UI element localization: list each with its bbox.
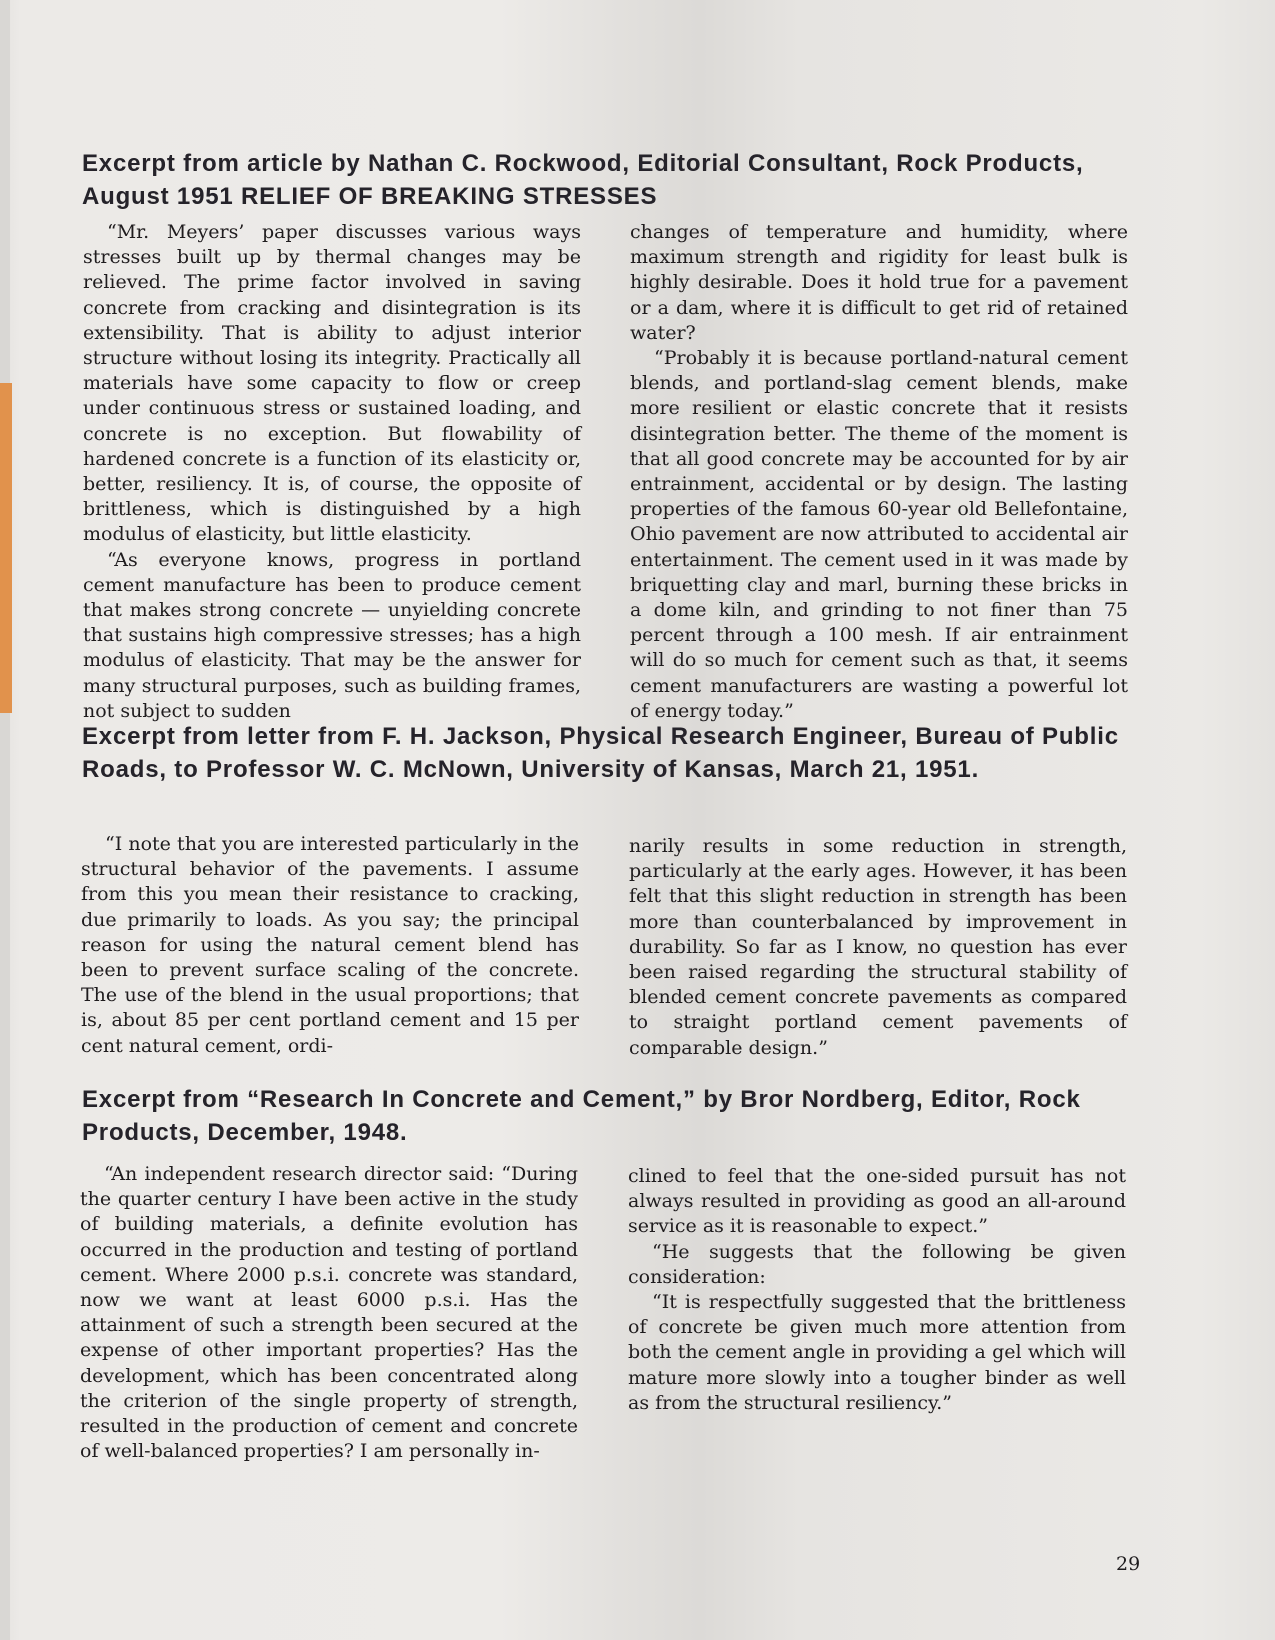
section-1-right-column: changes of temperature and humidity, whe… <box>630 220 1128 724</box>
section-heading-jackson: Excerpt from letter from F. H. Jackson, … <box>82 720 1132 786</box>
paragraph: “As everyone knows, progress in portland… <box>83 548 581 724</box>
paragraph: “Probably it is because portland-natural… <box>630 346 1128 724</box>
paragraph: narily results in some reduction in stre… <box>629 834 1127 1061</box>
page-edge <box>0 0 10 1640</box>
paragraph: “I note that you are interested particul… <box>81 832 579 1059</box>
section-1-left-column: “Mr. Meyers’ paper discusses various way… <box>83 220 581 724</box>
section-heading-nordberg: Excerpt from “Research In Concrete and C… <box>82 1083 1132 1149</box>
paragraph: “It is respectfully suggested that the b… <box>628 1290 1126 1416</box>
paragraph: “An independent research director said: … <box>80 1162 578 1464</box>
section-2-right-column: narily results in some reduction in stre… <box>629 834 1127 1061</box>
paragraph: clined to feel that the one-sided pursui… <box>628 1164 1126 1240</box>
section-heading-rockwood: Excerpt from article by Nathan C. Rockwo… <box>82 147 1132 213</box>
section-3-right-column: clined to feel that the one-sided pursui… <box>628 1164 1126 1416</box>
paragraph: “He suggests that the following be given… <box>628 1240 1126 1290</box>
paragraph: “Mr. Meyers’ paper discusses various way… <box>83 220 581 548</box>
section-3-left-column: “An independent research director said: … <box>80 1162 578 1464</box>
document-page: Excerpt from article by Nathan C. Rockwo… <box>0 0 1275 1640</box>
section-2-left-column: “I note that you are interested particul… <box>81 832 579 1059</box>
paragraph: changes of temperature and humidity, whe… <box>630 220 1128 346</box>
orange-page-tab <box>0 383 12 713</box>
page-number: 29 <box>1116 1553 1140 1575</box>
